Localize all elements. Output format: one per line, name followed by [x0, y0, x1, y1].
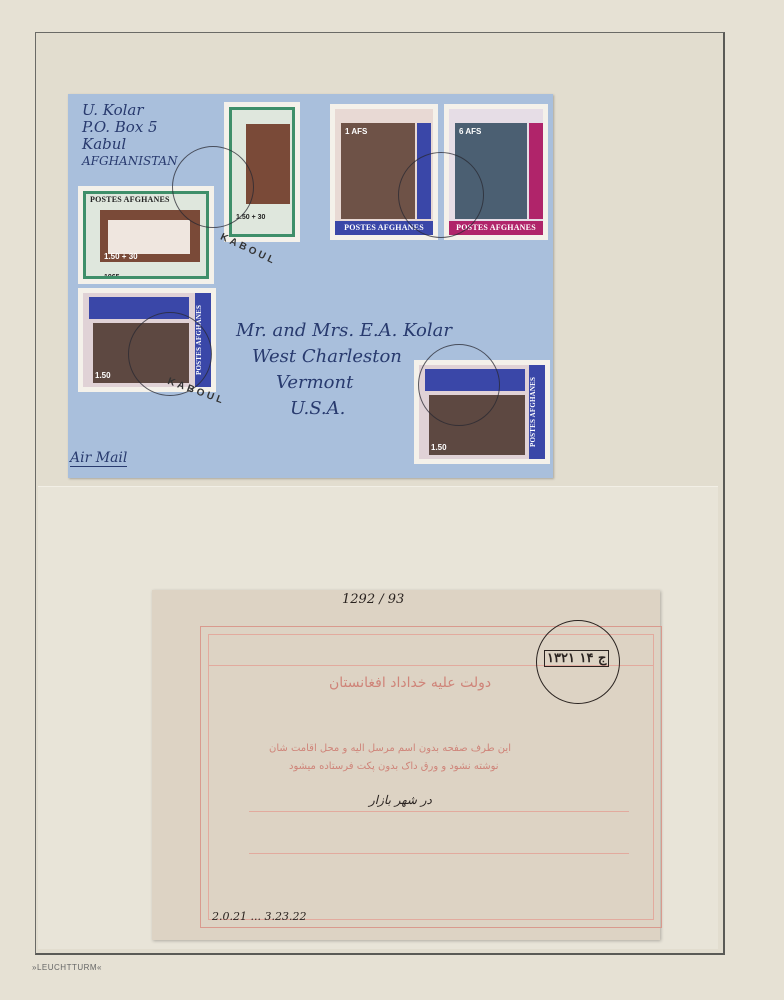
card-instruction: نوشته نشود و ورق داک بدون پکت فرستاده می… [289, 761, 499, 772]
recipient-line: Vermont [236, 370, 452, 396]
pencil-note: 1292 / 93 [342, 592, 404, 607]
kabul-postmark [172, 146, 254, 228]
sender-line: AFGHANISTAN [82, 153, 178, 170]
sender-line: P.O. Box 5 [82, 119, 178, 136]
album-brand: »LEUCHTTURM« [32, 963, 102, 972]
recipient-address: Mr. and Mrs. E.A. Kolar West Charleston … [236, 318, 452, 422]
card-instruction: این طرف صفحه بدون اسم مرسل الیه و محل اق… [269, 743, 511, 754]
sender-address: U. Kolar P.O. Box 5 Kabul AFGHANISTAN [82, 102, 178, 170]
airmail-cover: U. Kolar P.O. Box 5 Kabul AFGHANISTAN PO… [68, 94, 553, 478]
airmail-endorsement: Air Mail [70, 450, 127, 467]
sender-line: U. Kolar [82, 102, 178, 119]
recipient-line: U.S.A. [236, 396, 452, 422]
card-address: در شهر بازار [369, 793, 432, 807]
postal-stationery-card: 1292 / 93 دولت علیه خداداد افغانستان این… [152, 590, 660, 940]
pencil-note: 2.0.21 ... 3.23.22 [212, 910, 306, 923]
kabul-postmark [398, 152, 484, 238]
sender-line: Kabul [82, 136, 178, 153]
card-heading: دولت علیه خداداد افغانستان [329, 675, 491, 691]
postmark-date: ۱۳۲۱ ج ۱۴ [544, 650, 609, 667]
recipient-line: West Charleston [236, 344, 452, 370]
recipient-line: Mr. and Mrs. E.A. Kolar [236, 318, 452, 344]
